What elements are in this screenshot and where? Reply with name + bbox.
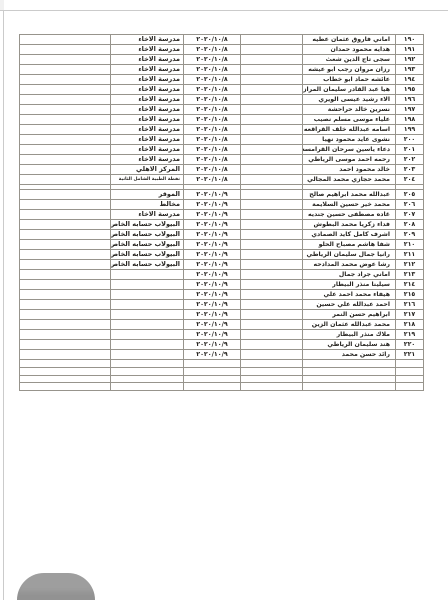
date-cell: ٢٠٢٠/١٠/٩ xyxy=(184,290,241,300)
name-cell: محمد حجازي محمد المجالي xyxy=(303,175,396,185)
date-cell: ٢٠٢٠/١٠/٩ xyxy=(184,230,241,240)
table-row: مدرسة الاخاء٢٠٢٠/١٠/٨سجى تاج الدين شعث١٩… xyxy=(20,55,424,65)
number-cell: ١٩١ xyxy=(396,45,424,55)
margin-cell xyxy=(20,280,111,290)
location-cell xyxy=(111,270,184,280)
name-cell: الاء رشيد عيسى الويري xyxy=(303,95,396,105)
margin-cell xyxy=(20,383,111,391)
name-cell: اشرف كامل كايد الصمادي xyxy=(303,230,396,240)
name-cell: اسامه عبدالله خلف القراقعه xyxy=(303,125,396,135)
table-row: ٢٠٢٠/١٠/٩ملاك منذر البيطار٢١٩ xyxy=(20,330,424,340)
date-cell xyxy=(184,368,241,376)
table-row: مدرسة الاخاء٢٠٢٠/١٠/٨عائشه حماد ابو خطاب… xyxy=(20,75,424,85)
notes-cell xyxy=(241,230,303,240)
name-cell: هند سليمان الرياطي xyxy=(303,340,396,350)
location-cell: مدرسة الاخاء xyxy=(111,45,184,55)
number-cell xyxy=(396,368,424,376)
margin-cell xyxy=(20,115,111,125)
number-cell: ٢١٥ xyxy=(396,290,424,300)
table-row: مدرسة الاخاء٢٠٢٠/١٠/٨نسرين خالد حراحشة١٩… xyxy=(20,105,424,115)
margin-cell xyxy=(20,155,111,165)
location-cell: البيولاب حسابه الخاص xyxy=(111,250,184,260)
name-cell: محمد عبدالله عثمان الزين xyxy=(303,320,396,330)
location-cell: البيولاب حسابه الخاص xyxy=(111,240,184,250)
date-cell: ٢٠٢٠/١٠/٩ xyxy=(184,330,241,340)
date-cell: ٢٠٢٠/١٠/٩ xyxy=(184,280,241,290)
name-cell: شفا هاشم مصباح الحلو xyxy=(303,240,396,250)
notes-cell xyxy=(241,155,303,165)
date-cell: ٢٠٢٠/١٠/٨ xyxy=(184,135,241,145)
table-row: مدرسة الاخاء٢٠٢٠/١٠/٨رزان مروان رجب ابو … xyxy=(20,65,424,75)
name-cell xyxy=(303,360,396,368)
number-cell: ٢٠٢ xyxy=(396,155,424,165)
name-cell: رانيا جمال سليمان الرياطي xyxy=(303,250,396,260)
location-cell: نقطة الطبية الشامل الثانية xyxy=(111,175,184,185)
name-cell xyxy=(303,383,396,391)
number-cell: ٢١٠ xyxy=(396,240,424,250)
date-cell: ٢٠٢٠/١٠/٨ xyxy=(184,125,241,135)
table-row: مدرسة الاخاء٢٠٢٠/١٠/٨الاء رشيد عيسى الوي… xyxy=(20,95,424,105)
number-cell: ٢٠٦ xyxy=(396,200,424,210)
table-row: البيولاب حسابه الخاص٢٠٢٠/١٠/٩شفا هاشم مص… xyxy=(20,240,424,250)
notes-cell xyxy=(241,190,303,200)
notes-cell xyxy=(241,45,303,55)
location-cell: مدرسة الاخاء xyxy=(111,105,184,115)
location-cell: مدرسة الاخاء xyxy=(111,115,184,125)
page-curl-button[interactable] xyxy=(17,573,95,600)
location-cell xyxy=(111,350,184,360)
location-cell: البيولاب حسابه الخاص xyxy=(111,220,184,230)
table-row: نقطة الطبية الشامل الثانية٢٠٢٠/١٠/٨محمد … xyxy=(20,175,424,185)
notes-cell xyxy=(241,200,303,210)
location-cell xyxy=(111,310,184,320)
date-cell: ٢٠٢٠/١٠/٩ xyxy=(184,210,241,220)
date-cell: ٢٠٢٠/١٠/٩ xyxy=(184,260,241,270)
number-cell: ١٩٤ xyxy=(396,75,424,85)
name-cell: هدايه محمود حمدان xyxy=(303,45,396,55)
margin-cell xyxy=(20,330,111,340)
date-cell: ٢٠٢٠/١٠/٨ xyxy=(184,95,241,105)
location-cell: مدرسة الاخاء xyxy=(111,155,184,165)
margin-cell xyxy=(20,165,111,175)
empty-row xyxy=(20,376,424,384)
name-cell: علياء موسى مسلم نصيب xyxy=(303,115,396,125)
table-row: ٢٠٢٠/١٠/٩سيلينا منذر البيطار٢١٤ xyxy=(20,280,424,290)
notes-cell xyxy=(241,65,303,75)
number-cell: ١٩٨ xyxy=(396,115,424,125)
notes-cell xyxy=(241,165,303,175)
location-cell: البيولاب حسابه الخاص xyxy=(111,230,184,240)
notes-cell xyxy=(241,55,303,65)
name-cell: رحمه احمد موسى الرياطي xyxy=(303,155,396,165)
name-cell: هيفاء محمد احمد علي xyxy=(303,290,396,300)
margin-cell xyxy=(20,360,111,368)
notes-cell xyxy=(241,260,303,270)
date-cell: ٢٠٢٠/١٠/٨ xyxy=(184,165,241,175)
name-cell: ابراهيم حسن النمر xyxy=(303,310,396,320)
table-row: مدرسة الاخاء٢٠٢٠/١٠/٨هيا عبد القادر سليم… xyxy=(20,85,424,95)
table-row: البيولاب حسابه الخاص٢٠٢٠/١٠/٩فداء زكريا … xyxy=(20,220,424,230)
margin-cell xyxy=(20,300,111,310)
table-row: البيولاب حسابه الخاص٢٠٢٠/١٠/٩رانيا جمال … xyxy=(20,250,424,260)
table-row: مدرسة الاخاء٢٠٢٠/١٠/٨هدايه محمود حمدان١٩… xyxy=(20,45,424,55)
table-row: مدرسة الاخاء٢٠٢٠/١٠/٨اماني فاروق عثمان ع… xyxy=(20,35,424,45)
number-cell: ٢٠٩ xyxy=(396,230,424,240)
date-cell: ٢٠٢٠/١٠/٩ xyxy=(184,350,241,360)
name-cell: احمد عبدالله علي حسين xyxy=(303,300,396,310)
date-cell: ٢٠٢٠/١٠/٩ xyxy=(184,270,241,280)
location-cell: مدرسة الاخاء xyxy=(111,210,184,220)
date-cell xyxy=(184,360,241,368)
margin-cell xyxy=(20,35,111,45)
date-cell: ٢٠٢٠/١٠/٨ xyxy=(184,105,241,115)
margin-cell xyxy=(20,250,111,260)
location-cell xyxy=(111,290,184,300)
margin-cell xyxy=(20,270,111,280)
notes-cell xyxy=(241,340,303,350)
name-cell: رشا عوض محمد المدادحه xyxy=(303,260,396,270)
margin-cell xyxy=(20,190,111,200)
margin-cell xyxy=(20,55,111,65)
location-cell: مدرسة الاخاء xyxy=(111,55,184,65)
date-cell: ٢٠٢٠/١٠/٨ xyxy=(184,55,241,65)
date-cell: ٢٠٢٠/١٠/٩ xyxy=(184,220,241,230)
date-cell: ٢٠٢٠/١٠/٨ xyxy=(184,175,241,185)
location-cell: مخالط xyxy=(111,200,184,210)
table-row: ٢٠٢٠/١٠/٩اماني جراد جمال٢١٣ xyxy=(20,270,424,280)
date-cell: ٢٠٢٠/١٠/٩ xyxy=(184,340,241,350)
location-cell: مدرسة الاخاء xyxy=(111,35,184,45)
margin-cell xyxy=(20,350,111,360)
date-cell: ٢٠٢٠/١٠/٨ xyxy=(184,45,241,55)
notes-cell xyxy=(241,35,303,45)
date-cell: ٢٠٢٠/١٠/٨ xyxy=(184,85,241,95)
number-cell: ٢٠٧ xyxy=(396,210,424,220)
notes-cell xyxy=(241,350,303,360)
location-cell xyxy=(111,300,184,310)
number-cell: ٢٢٠ xyxy=(396,340,424,350)
number-cell: ٢١٢ xyxy=(396,260,424,270)
notes-cell xyxy=(241,95,303,105)
notes-cell xyxy=(241,105,303,115)
margin-cell xyxy=(20,135,111,145)
empty-row xyxy=(20,360,424,368)
table-row: البيولاب حسابه الخاص٢٠٢٠/١٠/٩رشا عوض محم… xyxy=(20,260,424,270)
notes-cell xyxy=(241,220,303,230)
notes-cell xyxy=(241,145,303,155)
date-cell: ٢٠٢٠/١٠/٩ xyxy=(184,300,241,310)
date-cell: ٢٠٢٠/١٠/٨ xyxy=(184,75,241,85)
margin-cell xyxy=(20,85,111,95)
table-row: ٢٠٢٠/١٠/٩محمد عبدالله عثمان الزين٢١٨ xyxy=(20,320,424,330)
empty-row xyxy=(20,383,424,391)
margin-cell xyxy=(20,340,111,350)
date-cell: ٢٠٢٠/١٠/٩ xyxy=(184,190,241,200)
number-cell: ٢٠٠ xyxy=(396,135,424,145)
cases-table: مدرسة الاخاء٢٠٢٠/١٠/٨اماني فاروق عثمان ع… xyxy=(19,34,424,391)
location-cell xyxy=(111,360,184,368)
name-cell: محمد خير حسين السلايمة xyxy=(303,200,396,210)
margin-cell xyxy=(20,260,111,270)
name-cell: سجى تاج الدين شعث xyxy=(303,55,396,65)
empty-row xyxy=(20,368,424,376)
number-cell: ٢١٦ xyxy=(396,300,424,310)
notes-cell xyxy=(241,210,303,220)
notes-cell xyxy=(241,270,303,280)
notes-cell xyxy=(241,330,303,340)
table-row: ٢٠٢٠/١٠/٩احمد عبدالله علي حسين٢١٦ xyxy=(20,300,424,310)
date-cell: ٢٠٢٠/١٠/٨ xyxy=(184,65,241,75)
notes-cell xyxy=(241,175,303,185)
location-cell: مدرسة الاخاء xyxy=(111,135,184,145)
margin-cell xyxy=(20,105,111,115)
name-cell: نشوى عايد محمود نهيا xyxy=(303,135,396,145)
number-cell: ٢٠٣ xyxy=(396,165,424,175)
name-cell xyxy=(303,376,396,384)
notes-cell xyxy=(241,320,303,330)
date-cell: ٢٠٢٠/١٠/٨ xyxy=(184,35,241,45)
number-cell xyxy=(396,360,424,368)
table-row: مدرسة الاخاء٢٠٢٠/١٠/٨نشوى عايد محمود نهي… xyxy=(20,135,424,145)
name-cell: دعاء ياسين سرحان القرامسه xyxy=(303,145,396,155)
notes-cell xyxy=(241,383,303,391)
number-cell xyxy=(396,383,424,391)
number-cell: ٢٠١ xyxy=(396,145,424,155)
notes-cell xyxy=(241,360,303,368)
table-row: ٢٠٢٠/١٠/٩هند سليمان الرياطي٢٢٠ xyxy=(20,340,424,350)
location-cell: مدرسة الاخاء xyxy=(111,125,184,135)
date-cell: ٢٠٢٠/١٠/٩ xyxy=(184,200,241,210)
table-row: ٢٠٢٠/١٠/٩رائد حسن محمد٢٢١ xyxy=(20,350,424,360)
notes-cell xyxy=(241,115,303,125)
number-cell: ١٩٩ xyxy=(396,125,424,135)
name-cell: رائد حسن محمد xyxy=(303,350,396,360)
date-cell: ٢٠٢٠/١٠/٨ xyxy=(184,115,241,125)
table-row: مدرسة الاخاء٢٠٢٠/١٠/٨دعاء ياسين سرحان ال… xyxy=(20,145,424,155)
margin-cell xyxy=(20,210,111,220)
date-cell xyxy=(184,376,241,384)
number-cell: ١٩٧ xyxy=(396,105,424,115)
margin-cell xyxy=(20,145,111,155)
date-cell: ٢٠٢٠/١٠/٩ xyxy=(184,240,241,250)
date-cell xyxy=(184,383,241,391)
margin-cell xyxy=(20,368,111,376)
notes-cell xyxy=(241,75,303,85)
number-cell: ٢٠٥ xyxy=(396,190,424,200)
date-cell: ٢٠٢٠/١٠/٩ xyxy=(184,310,241,320)
name-cell: غاده مصطفى حسين جنديه xyxy=(303,210,396,220)
table-row: مدرسة الاخاء٢٠٢٠/١٠/٨رحمه احمد موسى الري… xyxy=(20,155,424,165)
name-cell: عبدالله محمد ابراهيم صالح xyxy=(303,190,396,200)
location-cell: مدرسة الاخاء xyxy=(111,95,184,105)
location-cell: مدرسة الاخاء xyxy=(111,85,184,95)
notes-cell xyxy=(241,250,303,260)
date-cell: ٢٠٢٠/١٠/٩ xyxy=(184,320,241,330)
margin-cell xyxy=(20,376,111,384)
notes-cell xyxy=(241,125,303,135)
table-row: مخالط٢٠٢٠/١٠/٩محمد خير حسين السلايمة٢٠٦ xyxy=(20,200,424,210)
number-cell: ٢١١ xyxy=(396,250,424,260)
name-cell: رزان مروان رجب ابو عيشه xyxy=(303,65,396,75)
name-cell: سيلينا منذر البيطار xyxy=(303,280,396,290)
margin-cell xyxy=(20,125,111,135)
date-cell: ٢٠٢٠/١٠/٨ xyxy=(184,155,241,165)
name-cell: فداء زكريا محمد البطوش xyxy=(303,220,396,230)
table-row: ٢٠٢٠/١٠/٩هيفاء محمد احمد علي٢١٥ xyxy=(20,290,424,300)
location-cell: مدرسة الاخاء xyxy=(111,75,184,85)
table-row: المركز الاهلي٢٠٢٠/١٠/٨خالد محمود احمد٢٠٣ xyxy=(20,165,424,175)
number-cell xyxy=(396,376,424,384)
location-cell xyxy=(111,376,184,384)
notes-cell xyxy=(241,300,303,310)
margin-cell xyxy=(20,175,111,185)
date-cell: ٢٠٢٠/١٠/٨ xyxy=(184,145,241,155)
table-row: مدرسة الاخاء٢٠٢٠/١٠/٨علياء موسى مسلم نصي… xyxy=(20,115,424,125)
margin-cell xyxy=(20,320,111,330)
notes-cell xyxy=(241,310,303,320)
table-row: مدرسة الاخاء٢٠٢٠/١٠/٩غاده مصطفى حسين جند… xyxy=(20,210,424,220)
table-row: ٢٠٢٠/١٠/٩ابراهيم حسن النمر٢١٧ xyxy=(20,310,424,320)
location-cell xyxy=(111,320,184,330)
notes-cell xyxy=(241,290,303,300)
location-cell xyxy=(111,368,184,376)
page-left-edge xyxy=(3,10,4,600)
number-cell: ١٩٢ xyxy=(396,55,424,65)
notes-cell xyxy=(241,280,303,290)
name-cell: اماني جراد جمال xyxy=(303,270,396,280)
number-cell: ٢١٩ xyxy=(396,330,424,340)
notes-cell xyxy=(241,85,303,95)
location-cell: الموقر xyxy=(111,190,184,200)
notes-cell xyxy=(241,240,303,250)
date-cell: ٢٠٢٠/١٠/٩ xyxy=(184,250,241,260)
name-cell: نسرين خالد حراحشة xyxy=(303,105,396,115)
number-cell: ١٩٣ xyxy=(396,65,424,75)
margin-cell xyxy=(20,45,111,55)
number-cell: ٢٠٤ xyxy=(396,175,424,185)
number-cell: ٢٢١ xyxy=(396,350,424,360)
notes-cell xyxy=(241,368,303,376)
name-cell: اماني فاروق عثمان عطيه xyxy=(303,35,396,45)
margin-cell xyxy=(20,240,111,250)
margin-cell xyxy=(20,230,111,240)
number-cell: ١٩٥ xyxy=(396,85,424,95)
number-cell: ١٩٦ xyxy=(396,95,424,105)
location-cell: مدرسة الاخاء xyxy=(111,145,184,155)
name-cell: ملاك منذر البيطار xyxy=(303,330,396,340)
table-row: مدرسة الاخاء٢٠٢٠/١٠/٨اسامه عبدالله خلف ا… xyxy=(20,125,424,135)
number-cell: ٢١٣ xyxy=(396,270,424,280)
location-cell xyxy=(111,340,184,350)
name-cell: خالد محمود احمد xyxy=(303,165,396,175)
number-cell: ٢١٨ xyxy=(396,320,424,330)
number-cell: ١٩٠ xyxy=(396,35,424,45)
table-row: البيولاب حسابه الخاص٢٠٢٠/١٠/٩اشرف كامل ك… xyxy=(20,230,424,240)
number-cell: ٢٠٨ xyxy=(396,220,424,230)
table-row: الموقر٢٠٢٠/١٠/٩عبدالله محمد ابراهيم صالح… xyxy=(20,190,424,200)
location-cell xyxy=(111,383,184,391)
notes-cell xyxy=(241,376,303,384)
page-top-edge xyxy=(0,10,448,11)
notes-cell xyxy=(241,135,303,145)
location-cell: البيولاب حسابه الخاص xyxy=(111,260,184,270)
margin-cell xyxy=(20,75,111,85)
margin-cell xyxy=(20,310,111,320)
name-cell: عائشه حماد ابو خطاب xyxy=(303,75,396,85)
number-cell: ٢١٧ xyxy=(396,310,424,320)
location-cell xyxy=(111,330,184,340)
margin-cell xyxy=(20,65,111,75)
location-cell: مدرسة الاخاء xyxy=(111,65,184,75)
location-cell: المركز الاهلي xyxy=(111,165,184,175)
location-cell xyxy=(111,280,184,290)
margin-cell xyxy=(20,290,111,300)
name-cell: هيا عبد القادر سليمان المرازقه xyxy=(303,85,396,95)
number-cell: ٢١٤ xyxy=(396,280,424,290)
margin-cell xyxy=(20,95,111,105)
name-cell xyxy=(303,368,396,376)
margin-cell xyxy=(20,200,111,210)
margin-cell xyxy=(20,220,111,230)
